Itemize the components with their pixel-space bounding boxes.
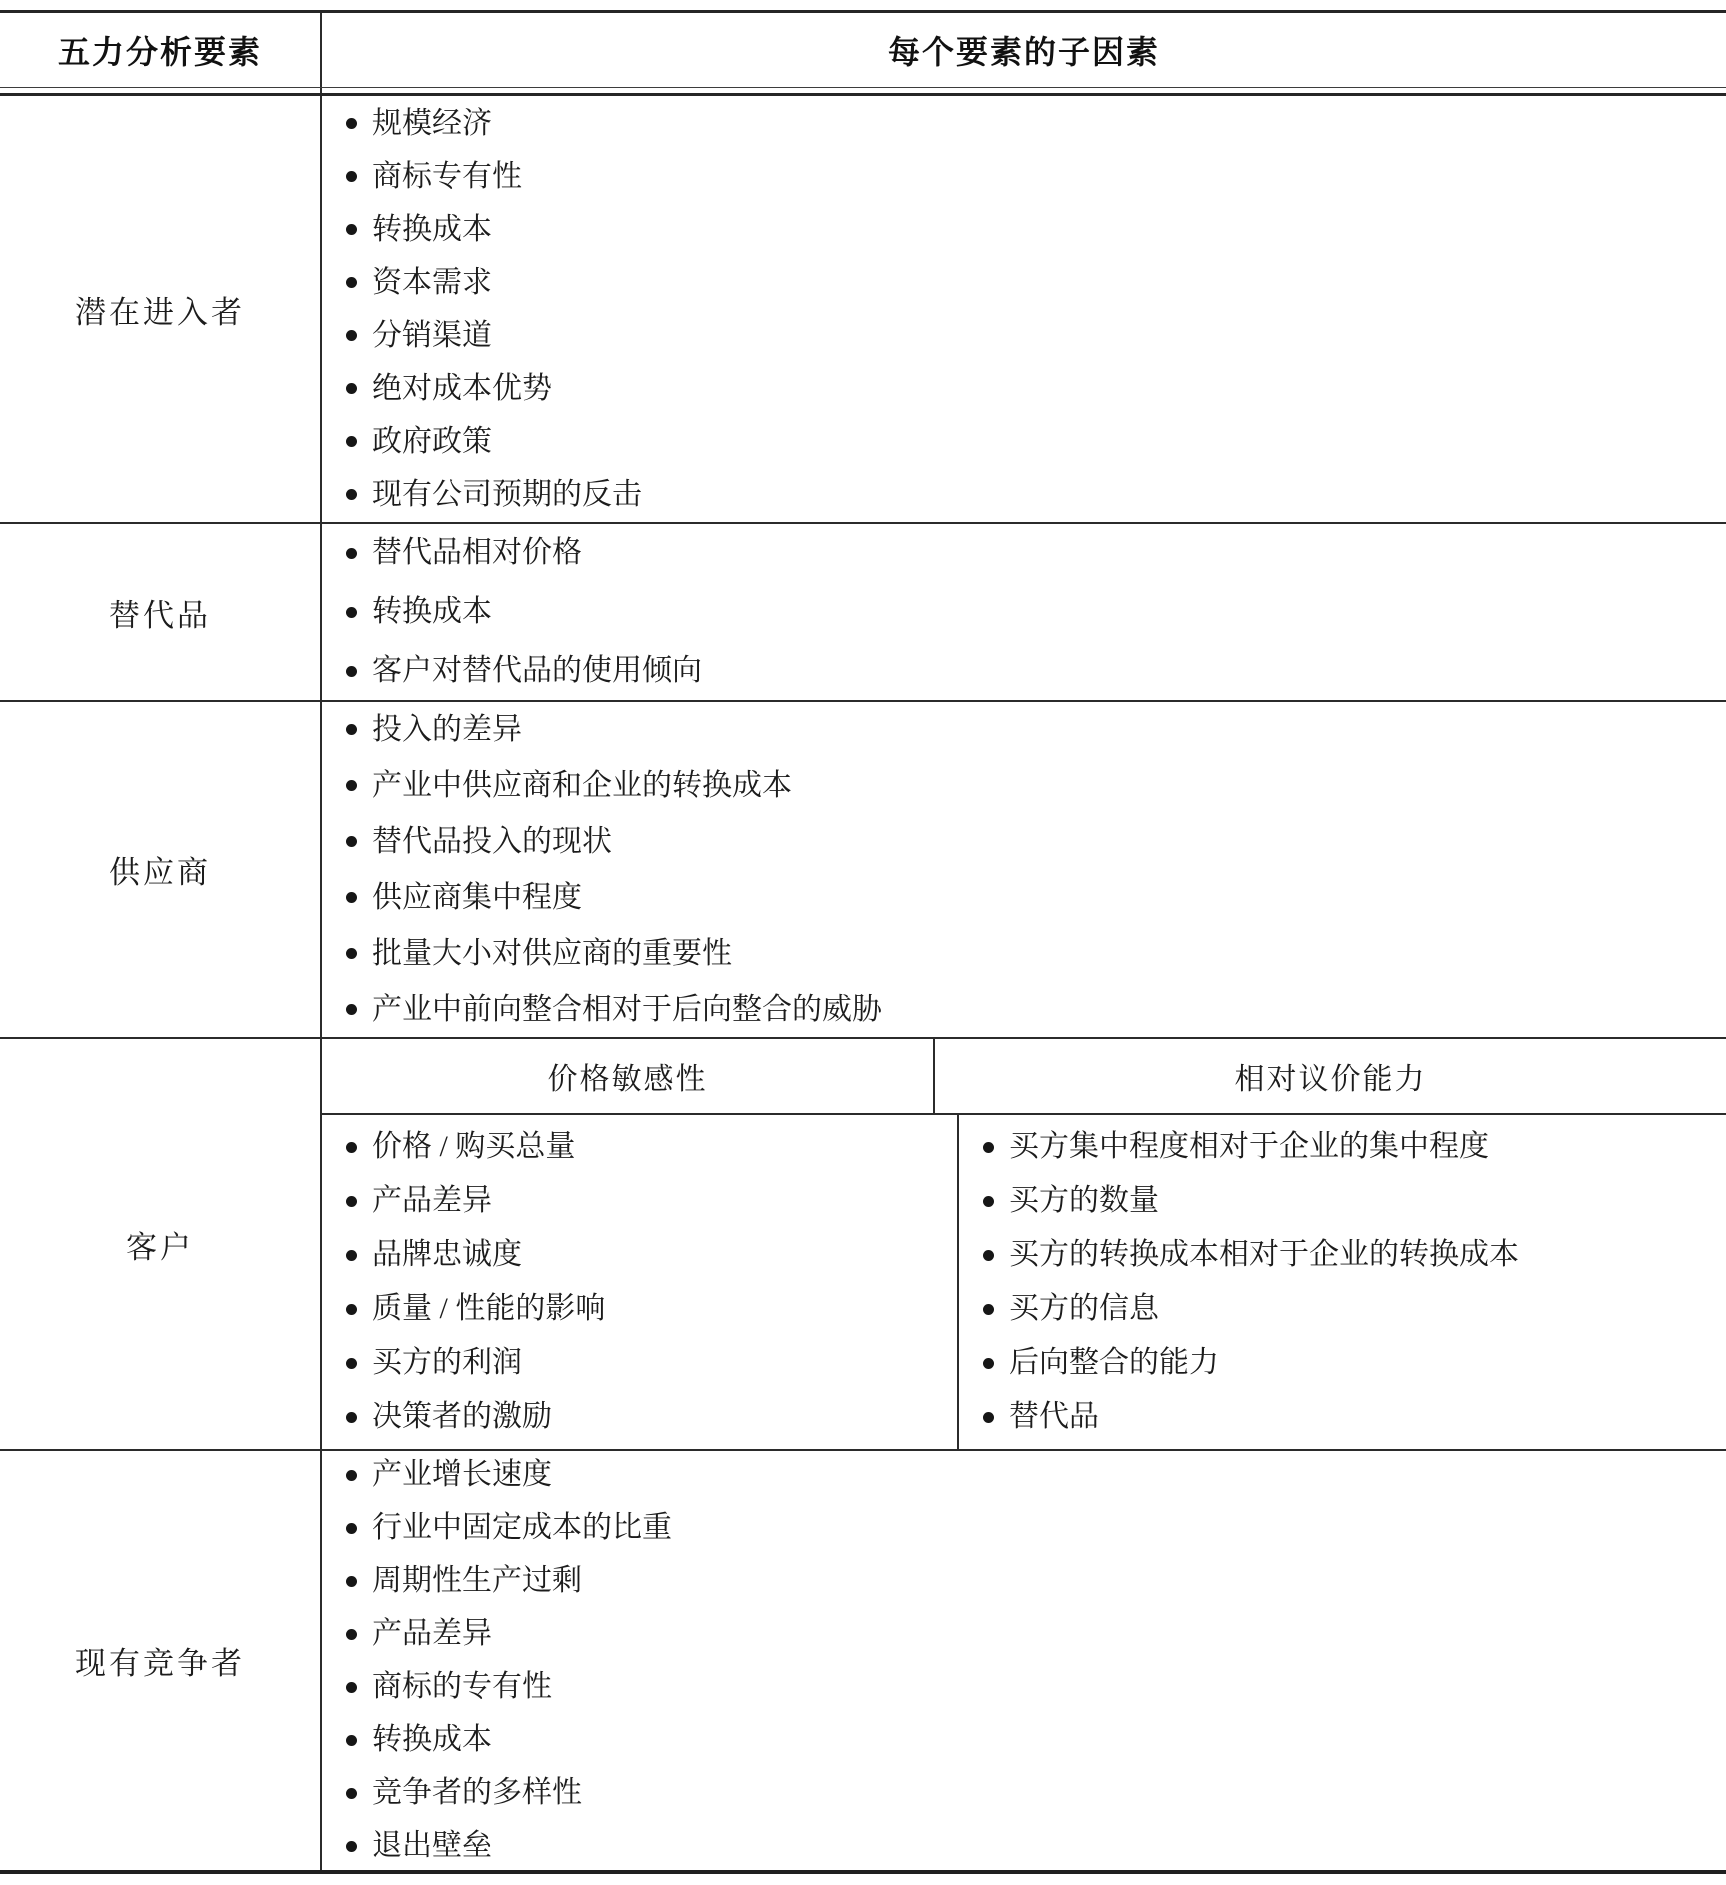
factor-list: 产业增长速度行业中固定成本的比重周期性生产过剩产品差异商标的专有性转换成本竞争者… [322,1451,1726,1870]
table-row: 供应商投入的差异产业中供应商和企业的转换成本替代品投入的现状供应商集中程度批量大… [0,702,1726,1039]
bullet-icon [983,1250,994,1261]
factor-item: 政府政策 [346,424,1726,460]
table-body: 潜在进入者规模经济商标专有性转换成本资本需求分销渠道绝对成本优势政府政策现有公司… [0,96,1726,1874]
force-cell: 供应商 [0,702,322,1037]
bullet-icon [346,724,357,735]
bullet-icon [346,224,357,235]
factor-item: 绝对成本优势 [346,371,1726,407]
force-label: 潜在进入者 [75,287,245,332]
bullet-icon [346,1629,357,1640]
factor-item: 价格 / 购买总量 [346,1129,957,1165]
factor-text: 买方的数量 [1009,1183,1159,1219]
bullet-icon [346,1358,357,1369]
factor-item: 产品差异 [346,1183,957,1219]
bullet-icon [346,948,357,959]
factor-item: 行业中固定成本的比重 [346,1510,1726,1546]
factor-text: 客户对替代品的使用倾向 [372,653,702,689]
bullet-icon [346,1470,357,1481]
factor-list: 价格 / 购买总量产品差异品牌忠诚度质量 / 性能的影响买方的利润决策者的激励 [322,1115,959,1449]
force-label: 供应商 [109,847,211,892]
factor-text: 退出壁垒 [372,1828,492,1864]
factor-item: 买方的转换成本相对于企业的转换成本 [983,1237,1726,1273]
factor-item: 决策者的激励 [346,1399,957,1435]
factor-list: 投入的差异产业中供应商和企业的转换成本替代品投入的现状供应商集中程度批量大小对供… [322,702,1726,1037]
factors-cell: 价格敏感性相对议价能力价格 / 购买总量产品差异品牌忠诚度质量 / 性能的影响买… [322,1039,1726,1449]
factor-item: 竞争者的多样性 [346,1775,1726,1811]
factor-text: 商标的专有性 [372,1669,552,1705]
bullet-icon [346,277,357,288]
factor-text: 批量大小对供应商的重要性 [372,936,732,972]
factor-item: 商标专有性 [346,159,1726,195]
factor-text: 产品差异 [372,1616,492,1652]
bullet-icon [346,118,357,129]
factor-text: 买方的利润 [372,1345,522,1381]
force-label: 替代品 [109,590,211,635]
factors-cell: 产业增长速度行业中固定成本的比重周期性生产过剩产品差异商标的专有性转换成本竞争者… [322,1451,1726,1870]
factor-item: 品牌忠诚度 [346,1237,957,1273]
factor-item: 替代品相对价格 [346,535,1726,571]
table-row: 现有竞争者产业增长速度行业中固定成本的比重周期性生产过剩产品差异商标的专有性转换… [0,1451,1726,1874]
bullet-icon [346,383,357,394]
factor-item: 转换成本 [346,1722,1726,1758]
bullet-icon [346,436,357,447]
sub-header-row: 价格敏感性相对议价能力 [322,1039,1726,1115]
factor-text: 规模经济 [372,106,492,142]
force-label: 现有竞争者 [75,1638,245,1683]
factor-text: 产业中供应商和企业的转换成本 [372,768,792,804]
factor-item: 客户对替代品的使用倾向 [346,653,1726,689]
factor-item: 买方的数量 [983,1183,1726,1219]
sub-body-row: 价格 / 购买总量产品差异品牌忠诚度质量 / 性能的影响买方的利润决策者的激励买… [322,1115,1726,1449]
bullet-icon [346,1735,357,1746]
factor-text: 产品差异 [372,1183,492,1219]
bullet-icon [346,1576,357,1587]
factor-text: 替代品相对价格 [372,535,582,571]
column-divider [0,88,322,93]
factor-text: 替代品 [1009,1399,1099,1435]
factor-list: 替代品相对价格转换成本客户对替代品的使用倾向 [322,524,1726,700]
factors-cell: 规模经济商标专有性转换成本资本需求分销渠道绝对成本优势政府政策现有公司预期的反击 [322,96,1726,522]
factor-text: 转换成本 [372,1722,492,1758]
bullet-icon [983,1358,994,1369]
factor-text: 买方的转换成本相对于企业的转换成本 [1009,1237,1519,1273]
bullet-icon [346,892,357,903]
factor-item: 退出壁垒 [346,1828,1726,1864]
factor-text: 现有公司预期的反击 [372,477,642,513]
factor-text: 后向整合的能力 [1009,1345,1219,1381]
factor-list: 规模经济商标专有性转换成本资本需求分销渠道绝对成本优势政府政策现有公司预期的反击 [322,96,1726,522]
factor-text: 绝对成本优势 [372,371,552,407]
table-row: 替代品替代品相对价格转换成本客户对替代品的使用倾向 [0,524,1726,702]
bullet-icon [346,171,357,182]
factor-item: 产业增长速度 [346,1457,1726,1493]
bullet-icon [346,489,357,500]
factor-text: 周期性生产过剩 [372,1563,582,1599]
sub-header-cell: 相对议价能力 [935,1039,1726,1113]
force-cell: 潜在进入者 [0,96,322,522]
factor-text: 转换成本 [372,594,492,630]
factor-text: 品牌忠诚度 [372,1237,522,1273]
factor-text: 供应商集中程度 [372,880,582,916]
bullet-icon [346,1412,357,1423]
force-label: 客户 [126,1222,194,1267]
factor-text: 竞争者的多样性 [372,1775,582,1811]
force-cell: 替代品 [0,524,322,700]
factors-cell: 替代品相对价格转换成本客户对替代品的使用倾向 [322,524,1726,700]
factor-item: 后向整合的能力 [983,1345,1726,1381]
force-cell: 客户 [0,1039,322,1449]
factor-item: 批量大小对供应商的重要性 [346,936,1726,972]
bullet-icon [346,330,357,341]
factor-item: 转换成本 [346,212,1726,248]
factor-item: 替代品投入的现状 [346,824,1726,860]
factor-text: 政府政策 [372,424,492,460]
factor-item: 现有公司预期的反击 [346,477,1726,513]
factor-item: 转换成本 [346,594,1726,630]
factor-text: 商标专有性 [372,159,522,195]
factor-text: 价格 / 购买总量 [372,1129,575,1165]
factor-text: 买方的信息 [1009,1291,1159,1327]
factor-text: 分销渠道 [372,318,492,354]
bullet-icon [346,1196,357,1207]
factor-text: 投入的差异 [372,712,522,748]
bullet-icon [346,1682,357,1693]
factor-item: 投入的差异 [346,712,1726,748]
header-subfactors-column: 每个要素的子因素 [322,13,1726,87]
bullet-icon [346,607,357,618]
bullet-icon [346,548,357,559]
bullet-icon [346,780,357,791]
factor-text: 行业中固定成本的比重 [372,1510,672,1546]
factor-list: 买方集中程度相对于企业的集中程度买方的数量买方的转换成本相对于企业的转换成本买方… [959,1115,1726,1449]
force-cell: 现有竞争者 [0,1451,322,1870]
factor-item: 规模经济 [346,106,1726,142]
bullet-icon [346,1788,357,1799]
factor-text: 决策者的激励 [372,1399,552,1435]
factor-item: 分销渠道 [346,318,1726,354]
factor-item: 产业中前向整合相对于后向整合的威胁 [346,992,1726,1028]
factor-item: 买方的信息 [983,1291,1726,1327]
bullet-icon [346,1142,357,1153]
factor-text: 替代品投入的现状 [372,824,612,860]
sub-header-cell: 价格敏感性 [322,1039,935,1113]
factor-item: 周期性生产过剩 [346,1563,1726,1599]
table-row: 客户价格敏感性相对议价能力价格 / 购买总量产品差异品牌忠诚度质量 / 性能的影… [0,1039,1726,1451]
bullet-icon [346,666,357,677]
factor-item: 产业中供应商和企业的转换成本 [346,768,1726,804]
bullet-icon [346,1523,357,1534]
factor-text: 资本需求 [372,265,492,301]
bullet-icon [983,1412,994,1423]
bullet-icon [346,1304,357,1315]
factor-text: 转换成本 [372,212,492,248]
factors-cell: 投入的差异产业中供应商和企业的转换成本替代品投入的现状供应商集中程度批量大小对供… [322,702,1726,1037]
bullet-icon [346,836,357,847]
factor-item: 买方的利润 [346,1345,957,1381]
factor-item: 资本需求 [346,265,1726,301]
factor-item: 质量 / 性能的影响 [346,1291,957,1327]
factor-text: 质量 / 性能的影响 [372,1291,605,1327]
header-forces-column: 五力分析要素 [0,13,322,87]
table-header-row: 五力分析要素 每个要素的子因素 [0,13,1726,87]
factor-item: 产品差异 [346,1616,1726,1652]
table-row: 潜在进入者规模经济商标专有性转换成本资本需求分销渠道绝对成本优势政府政策现有公司… [0,96,1726,524]
factor-item: 买方集中程度相对于企业的集中程度 [983,1129,1726,1165]
factor-text: 产业中前向整合相对于后向整合的威胁 [372,992,882,1028]
factor-text: 产业增长速度 [372,1457,552,1493]
factor-text: 买方集中程度相对于企业的集中程度 [1009,1129,1489,1165]
header-divider [0,87,1726,96]
bullet-icon [983,1142,994,1153]
factor-item: 替代品 [983,1399,1726,1435]
bullet-icon [346,1004,357,1015]
bullet-icon [346,1841,357,1852]
factor-item: 供应商集中程度 [346,880,1726,916]
factor-item: 商标的专有性 [346,1669,1726,1705]
bullet-icon [346,1250,357,1261]
bullet-icon [983,1196,994,1207]
bullet-icon [983,1304,994,1315]
five-forces-table: 五力分析要素 每个要素的子因素 潜在进入者规模经济商标专有性转换成本资本需求分销… [0,10,1726,1874]
